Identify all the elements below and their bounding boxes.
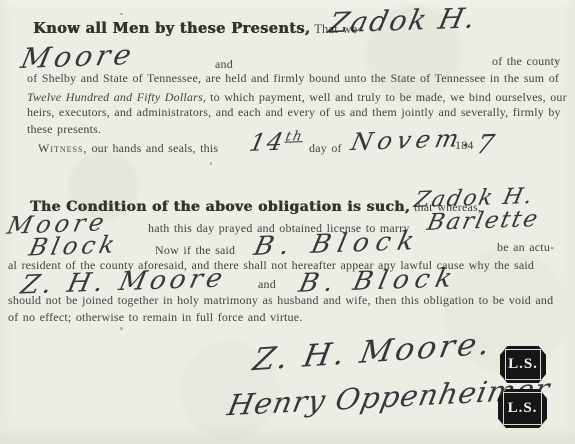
handwritten-day: 14th xyxy=(247,127,306,157)
seal-ls-2: L.S. xyxy=(498,389,547,428)
bond-amount: Twelve Hundred and Fifty Dollars, xyxy=(27,90,206,104)
opening-line-presents: these presents. xyxy=(27,122,101,137)
handwritten-year-digit: 7 xyxy=(474,130,499,161)
witness-year-printed: 184 xyxy=(455,138,474,153)
handwritten-bride-first-name: Barlette xyxy=(425,206,542,236)
seal-ls-1: L.S. xyxy=(500,346,546,383)
condition-be-actu: be an actu- xyxy=(497,240,554,255)
opening-heading-line: Know all Men by these Presents, That we xyxy=(33,20,357,38)
opening-line-payment: to which payment, well and truly to be m… xyxy=(210,90,567,104)
witness-line: Witness, our hands and seals, this xyxy=(38,139,218,157)
paper-speck xyxy=(120,13,123,15)
condition-line-effect: of no effect; otherwise to remain in ful… xyxy=(8,310,302,325)
witness-day-of: day of xyxy=(309,141,342,156)
paper-speck xyxy=(478,222,480,224)
condition-and-label: and xyxy=(258,277,276,292)
handwritten-bride-short-name: B. Block xyxy=(251,226,424,262)
paper-speck xyxy=(556,60,558,62)
witness-text: our hands and seals, this xyxy=(91,141,218,155)
marriage-bond-document: Know all Men by these Presents, That we … xyxy=(0,0,575,444)
condition-line-matrimony: should not be joined together in holy ma… xyxy=(8,293,553,308)
paper-speck xyxy=(210,162,212,165)
condition-now-if: Now if the said xyxy=(155,243,235,258)
seal-ls-2-label: L.S. xyxy=(503,392,542,425)
opening-and-label: and xyxy=(215,57,233,72)
handwritten-principal-first-name: Zadok H. xyxy=(326,1,480,39)
opening-line-amount: Twelve Hundred and Fifty Dollars, to whi… xyxy=(27,88,567,106)
signature-groom: Z. H. Moore. xyxy=(250,326,496,378)
opening-line-heirs: heirs, executors, and administrators, an… xyxy=(27,105,561,120)
opening-line-bound: of Shelby and State of Tennessee, are he… xyxy=(27,71,559,86)
witness-label: Witness, xyxy=(38,141,87,155)
handwritten-bride-last-name: Block xyxy=(27,230,121,261)
opening-blackletter: Know all Men by these Presents, xyxy=(33,20,310,37)
opening-of-county: of the county xyxy=(492,54,560,69)
paper-speck xyxy=(120,327,123,330)
handwritten-principal-last-name: Moore xyxy=(18,38,138,75)
seal-ls-1-label: L.S. xyxy=(505,349,541,380)
